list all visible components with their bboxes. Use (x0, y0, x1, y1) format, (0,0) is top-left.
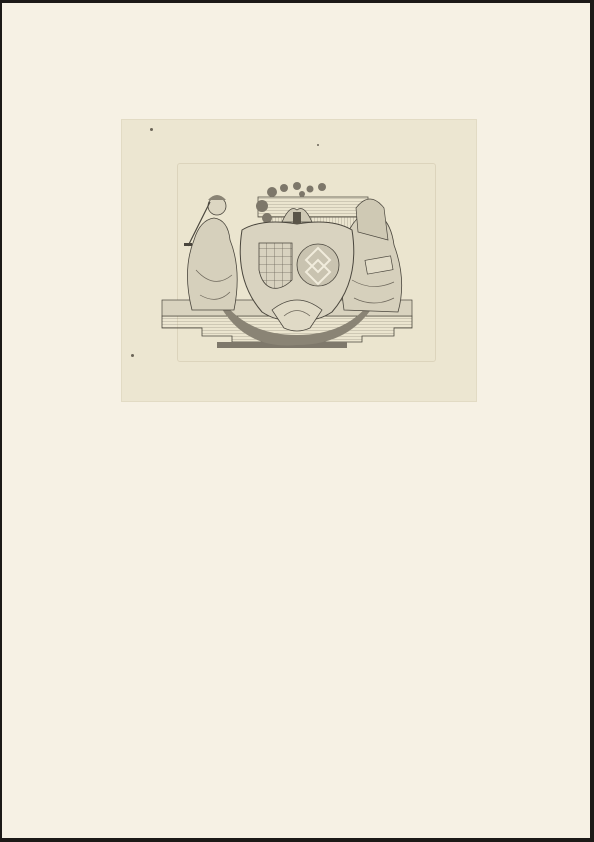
checkered-shield (259, 243, 292, 288)
left-figure (184, 195, 237, 310)
lattice-shield (297, 244, 339, 286)
print-sheet (122, 120, 476, 401)
mount-paper (2, 3, 590, 838)
engraving-image (122, 120, 476, 401)
